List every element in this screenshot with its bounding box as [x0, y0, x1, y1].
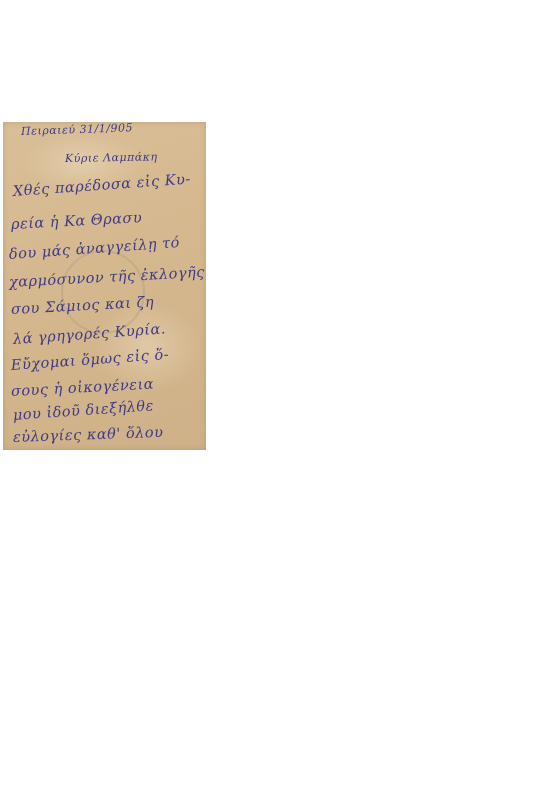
- page-background: Πειραιεύ 31/1/905 Κύριε Λαμπάκη Χθές παρ…: [0, 0, 549, 800]
- letter-place-date: Πειραιεύ 31/1/905: [21, 122, 133, 138]
- letter-salutation: Κύριε Λαμπάκη: [65, 150, 158, 165]
- letter-line: ρεία ἡ Κα Θρασυ: [11, 210, 143, 233]
- letter-line: εὐλογίες καθ' ὅλου: [13, 425, 164, 446]
- letter-line: σους ἡ οἰκογένεια: [11, 377, 155, 400]
- handwritten-letter: Πειραιεύ 31/1/905 Κύριε Λαμπάκη Χθές παρ…: [3, 122, 206, 450]
- faded-stamp: [61, 250, 145, 334]
- letter-line: μου ἰδοῦ διεξήλθε: [12, 398, 154, 424]
